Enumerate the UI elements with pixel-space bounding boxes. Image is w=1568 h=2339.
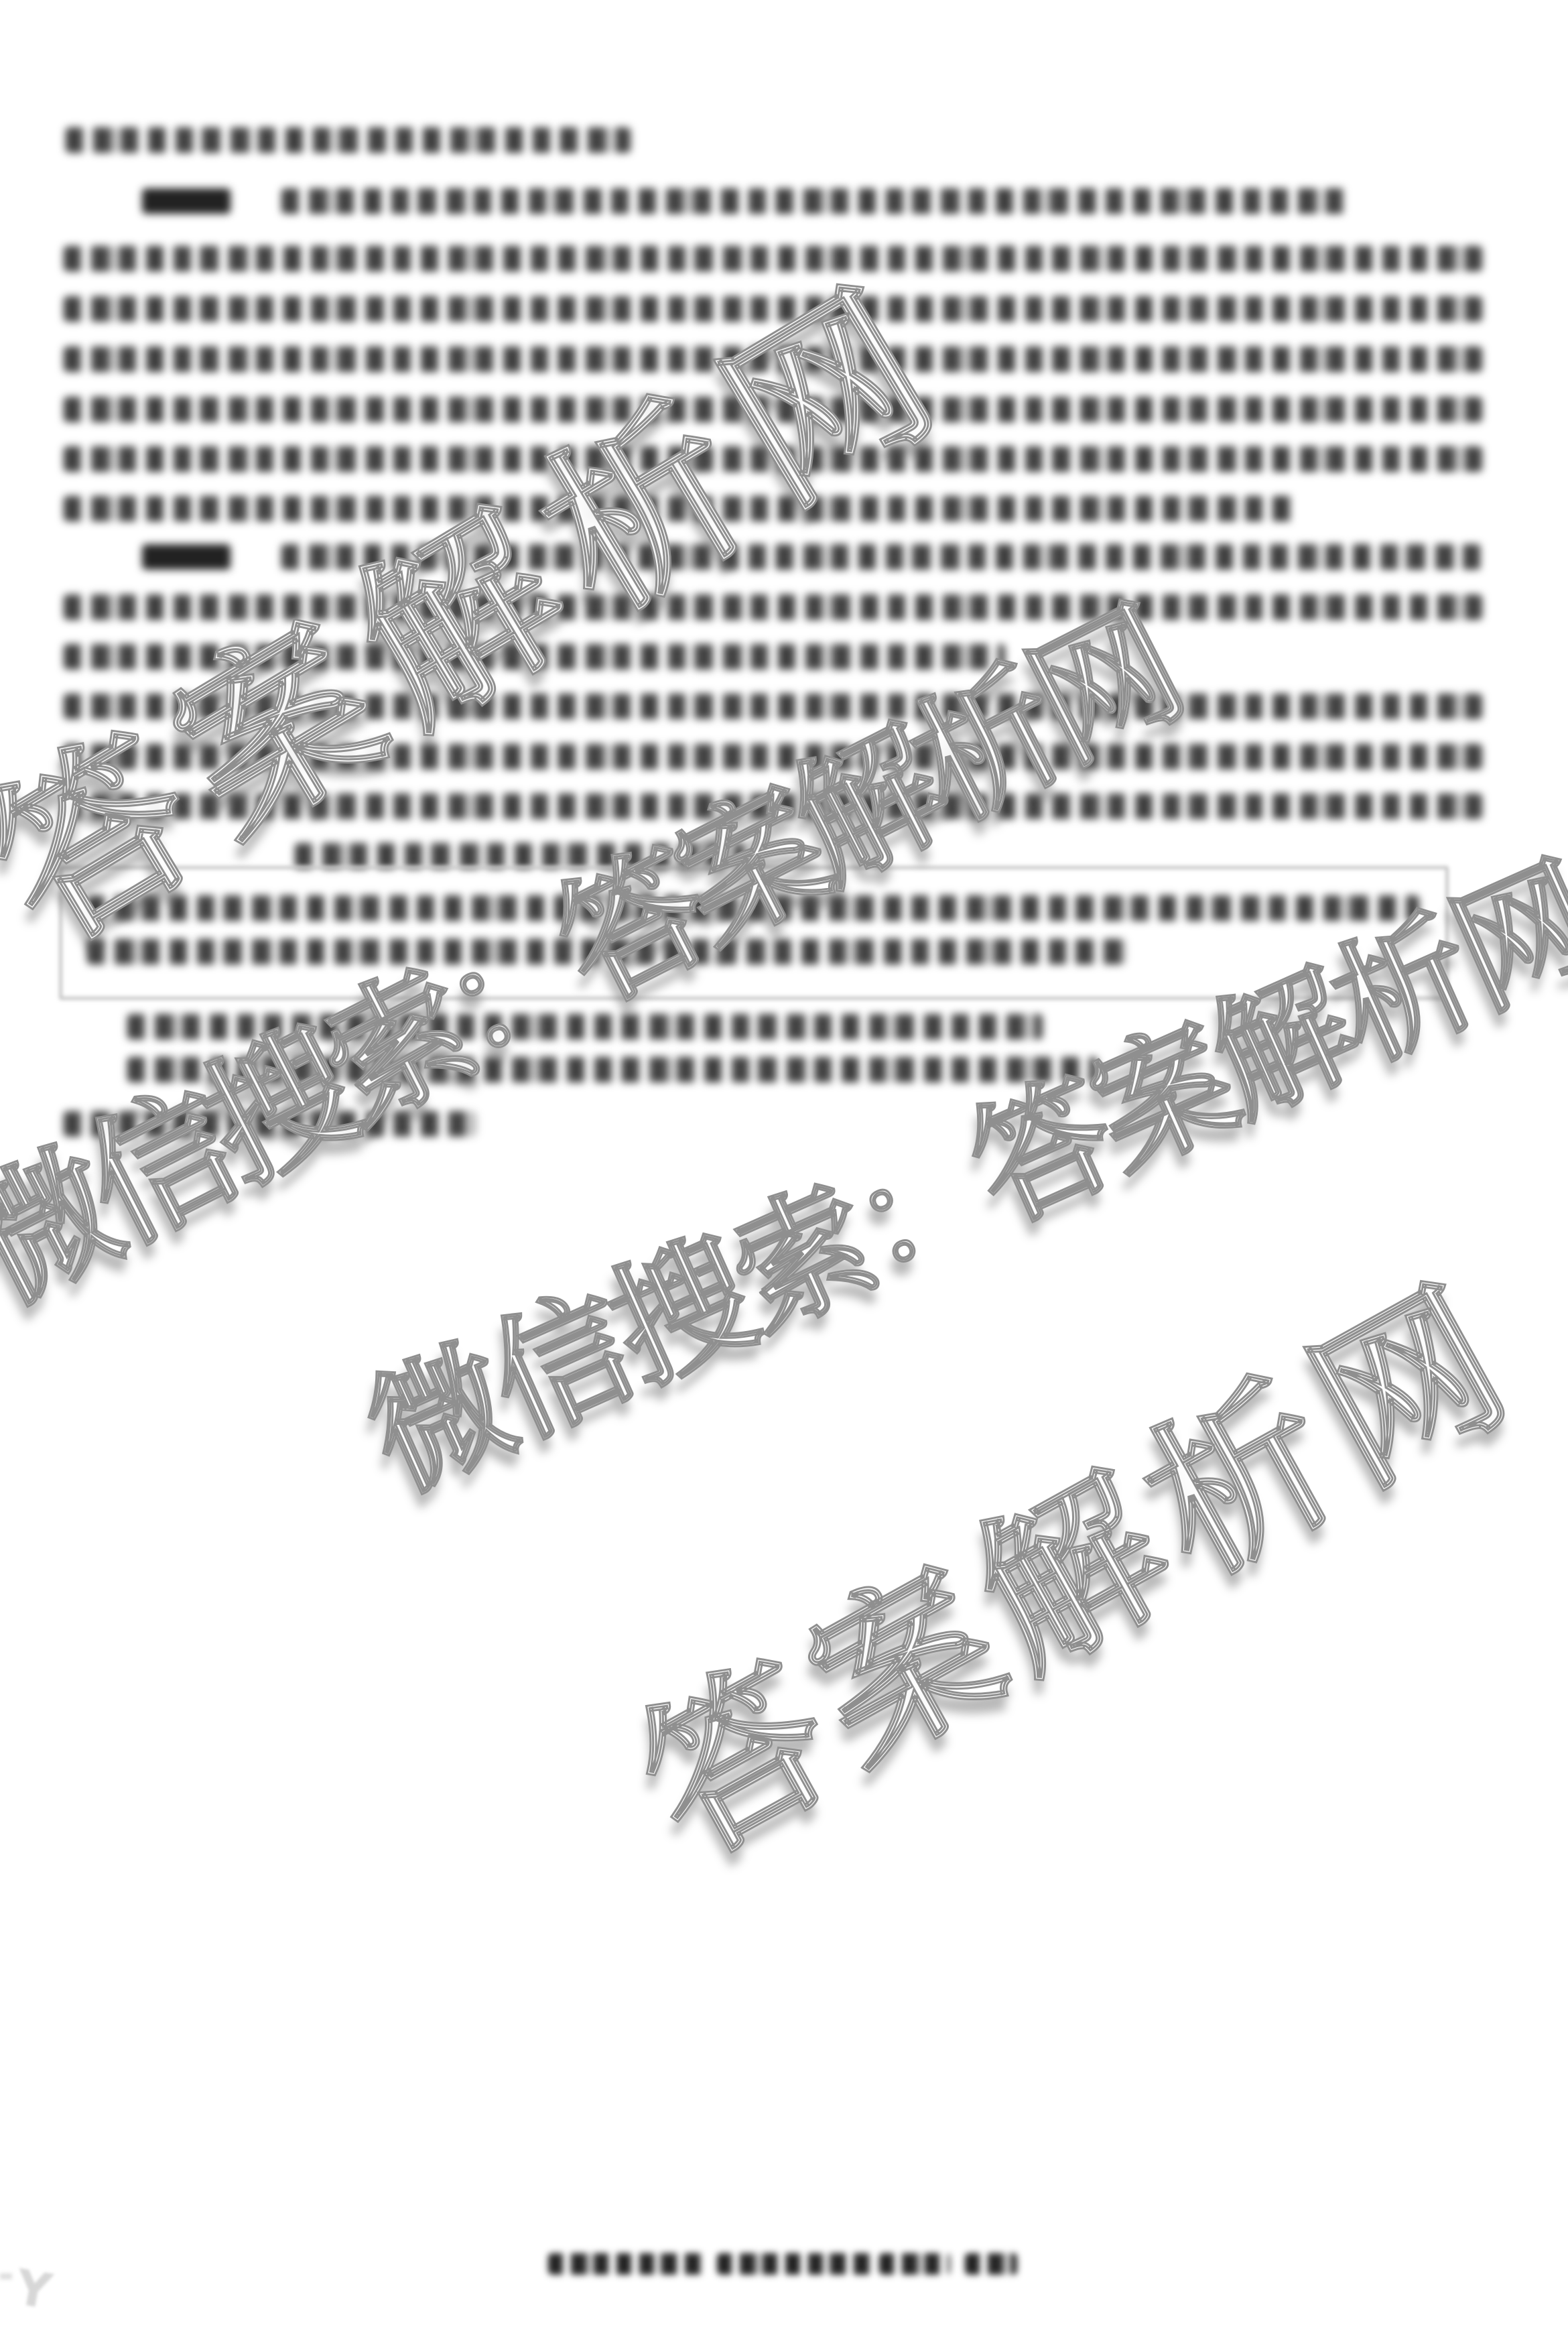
blurred-text-line-question-header-line <box>66 127 631 153</box>
blurred-text-line-body <box>64 397 1482 422</box>
corner-watermark-fragment: Y <box>11 2259 56 2320</box>
scanned-exam-page: 答案解析网微信搜索：答案解析网微信搜索：答案解析网答案解析网 Y <box>0 0 1568 2339</box>
blurred-text-line-body <box>64 496 1294 521</box>
blurred-text-line-body <box>64 694 1482 719</box>
blurred-text-line-sub-question <box>127 1057 1098 1082</box>
blurred-text-line-bold-label <box>142 544 231 570</box>
blurred-text-line-body <box>64 744 1482 769</box>
blurred-text-line-sub-question-continuation <box>64 1111 476 1137</box>
watermark-text: 答案解析网 <box>618 1261 1543 1881</box>
blurred-text-line-body <box>295 843 744 869</box>
blurred-text-line-body <box>281 544 1481 570</box>
blurred-text-line-body <box>64 644 1005 670</box>
footer-blurred-segment <box>548 2253 707 2275</box>
blurred-text-line-body <box>64 594 1482 620</box>
blurred-text-line-body <box>64 346 1482 372</box>
blurred-text-line-body <box>64 446 1482 472</box>
citation-box <box>59 866 1449 1000</box>
blurred-text-line-sub-question <box>127 1014 1043 1039</box>
footer-blurred-segment <box>879 2253 950 2275</box>
blurred-text-line-body <box>281 188 1348 214</box>
blurred-text-line-body <box>64 794 1482 819</box>
blurred-text-line-body <box>64 296 1482 322</box>
blurred-text-line-bold-label <box>142 188 231 214</box>
footer-blurred-segment <box>717 2253 872 2275</box>
footer-blurred-segment <box>965 2253 1017 2275</box>
blurred-text-line-body <box>64 246 1482 271</box>
corner-dash-fragment <box>0 2273 12 2279</box>
